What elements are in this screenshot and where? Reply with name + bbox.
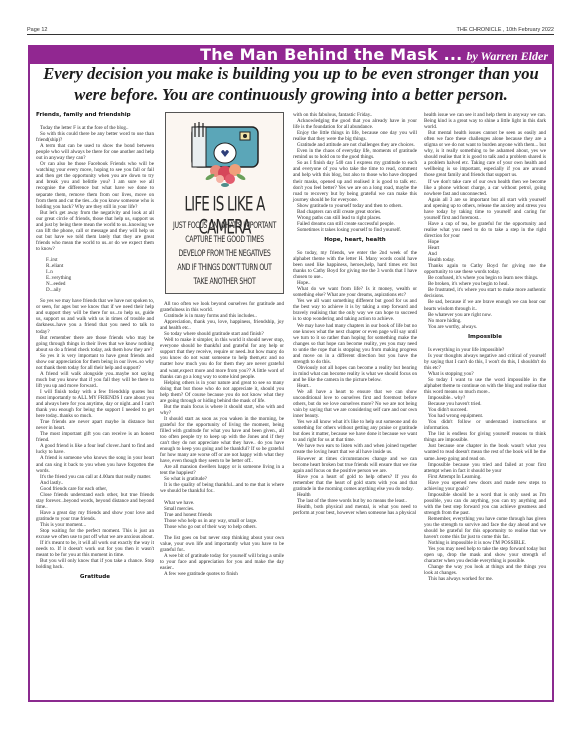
paragraph: Even in the chaos of everyday life, mome…: [293, 148, 417, 160]
paragraph: So today I want to use the word impossib…: [424, 377, 546, 395]
article-headline: Every decision you make is building you …: [34, 64, 548, 105]
paragraph: But the main focus is where it should st…: [160, 404, 284, 416]
paragraph: Helping others is in your nature and gre…: [160, 380, 284, 404]
paragraph: Are all mansion dwellers happy or is som…: [160, 464, 284, 476]
paragraph: Just because one chapter in the book was…: [424, 443, 546, 461]
paragraph: You didn't follow or understand instruct…: [424, 419, 546, 431]
section-heading-friends: Friends, family and friendship: [36, 112, 154, 119]
paragraph: But remember there are those friends who…: [36, 335, 154, 353]
paragraph: Thanks again to Cathy Boyd for giving me…: [424, 263, 546, 275]
paragraph: Impossible because you tried and failed …: [424, 462, 546, 474]
life-is-like-a-camera-image: LIFE IS LIKE A CAMERA JUST FOCUS ON WHAT…: [165, 112, 284, 294]
paragraph: So today, my friends, we enter the 2nd w…: [293, 250, 417, 280]
paragraph: Is your thoughts always negative and cri…: [424, 353, 546, 371]
paragraph: A friend will walk alongside you..maybe …: [36, 371, 154, 389]
paragraph: Well to make it simpler, in this world i…: [160, 337, 284, 379]
poster-line: AND IF THINGS DON'T TURN OUT: [166, 263, 283, 272]
paragraph: The last of the three words but by no me…: [293, 498, 417, 504]
paragraph: So yes it is very important to have grea…: [36, 353, 154, 371]
paragraph: Be sad, because if we are brave enough w…: [424, 299, 546, 311]
paragraph: It should start as soon as you waken in …: [160, 416, 284, 464]
paragraph: Health, both physical and mental, is wha…: [293, 504, 417, 516]
paragraph: Have a great day my friends and show you…: [36, 510, 154, 522]
paragraph: A wee bit of gratitude today for yoursel…: [160, 553, 284, 571]
paragraph: However at times circumstances change an…: [293, 456, 417, 474]
section-heading-impossible: Impossible: [424, 334, 546, 341]
quote: It's the friend you can call at 4.00am t…: [36, 474, 154, 480]
poster-title: LIFE IS LIKE A CAMERA: [166, 193, 283, 239]
paragraph: What do we want from life? Is it money, …: [293, 286, 417, 298]
section-heading-gratitude: Gratitude: [36, 574, 154, 581]
paragraph: But you will only know that if you take …: [36, 558, 154, 570]
publication-date: THE CHRONICLE , 10th February 2022: [456, 27, 554, 33]
paragraph: The list is endless for giving yourself …: [424, 431, 546, 443]
paragraph: Yes we all want something different but …: [293, 298, 417, 322]
page-header: Page 12 THE CHRONICLE , 10th February 20…: [27, 26, 554, 35]
poster-line: DEVELOP FROM THE NEGATIVES: [166, 249, 283, 258]
quote: The most important gift you can receive …: [36, 431, 154, 443]
paragraph: Or can also be those Facebook Friends wh…: [36, 161, 154, 209]
paragraph: If we don't take care of our own health …: [424, 179, 546, 197]
paragraph: Be frustrated, it's where you start to m…: [424, 287, 546, 299]
column-4: health issue we can see it and help them…: [424, 112, 546, 583]
paragraph: We have two ears to listen with and when…: [293, 443, 417, 455]
column-1: Friends, family and friendship Today the…: [36, 112, 154, 587]
quote: True friends are never apart maybe in di…: [36, 419, 154, 431]
paragraph: The list goes on but never stop thinking…: [160, 535, 284, 553]
paragraph: Have you opened new doors and made new s…: [424, 480, 546, 492]
paragraph: Appreciation, thank you, love, happiness…: [160, 319, 284, 331]
column-3: with on this fabulous, fantastic Friday.…: [293, 112, 417, 516]
article-title-bar: The Man Behind the Mask ... by Warren El…: [28, 45, 554, 64]
page-number: Page 12: [27, 27, 48, 33]
paragraph: We may have had many chapters in our boo…: [293, 323, 417, 365]
paragraph: But mental health issues cannot be seen …: [424, 130, 546, 178]
paragraph: Have a cup of tea, be grateful for the o…: [424, 221, 546, 239]
paragraph: If it's meant to be, it will all work ou…: [36, 540, 154, 558]
paragraph: Sometimes it takes losing yourself to fi…: [293, 227, 417, 233]
quote: Close friends understand each other, but…: [36, 492, 154, 510]
acrostic-list: F..irst R..eliant I..n E..verything N...…: [36, 257, 154, 293]
paragraph: This has always worked for me.: [424, 576, 546, 582]
poster-line: JUST FOCUS ON WHAT'S IMPORTANT: [166, 221, 283, 230]
paragraph: Yes you may need help to take the step f…: [424, 546, 546, 564]
paragraph: Yes we all know what it's like to help o…: [293, 419, 417, 443]
column-2: All too often we look beyond ourselves f…: [160, 301, 284, 577]
paragraph: Have you a heart of gold to help others?…: [293, 474, 417, 492]
paragraph: Enjoy the little things in life, because…: [293, 130, 417, 142]
poster-line: CAPTURE THE GOOD TIMES: [166, 235, 283, 244]
paragraph: Again all 3 are so important but all sta…: [424, 197, 546, 221]
paragraph: We all have a heart to ensure that we ca…: [293, 389, 417, 419]
paragraph: Change the way you look at things and th…: [424, 564, 546, 576]
paragraph: All too often we look beyond ourselves f…: [160, 301, 284, 313]
paragraph: But let's get away from the negativity a…: [36, 210, 154, 252]
paragraph: A term that can be used to show the bond…: [36, 143, 154, 161]
paragraph: Show gratitude to yourself today and the…: [293, 203, 417, 209]
paragraph: You are worthy, always.: [424, 324, 546, 330]
paragraph: So yes we may have friends that we have …: [36, 298, 154, 334]
quote: A good friend is like a four leaf clover…: [36, 443, 154, 455]
camera-illustration-icon: [188, 119, 264, 191]
paragraph: Stop waiting for the perfect moment. Thi…: [36, 528, 154, 540]
paragraph: Acknowledging the good that you already …: [293, 118, 417, 130]
poster-line: TAKE ANOTHER SHOT: [166, 277, 283, 286]
paragraph: So with this could there be any better w…: [36, 131, 154, 143]
paragraph: Obviously not all hopes can become a rea…: [293, 365, 417, 383]
section-heading-hope: Hope, heart, health: [293, 237, 417, 244]
paragraph: health issue we can see it and help them…: [424, 112, 546, 130]
article-title: The Man Behind the Mask ...: [200, 45, 462, 64]
quote: A friend is someone who knows the song i…: [36, 455, 154, 473]
paragraph: It is the quality of being thankful...an…: [160, 482, 284, 494]
article-byline: by Warren Elder: [466, 49, 548, 63]
paragraph: A few wee gratitude quotes to finish: [160, 571, 284, 577]
paragraph: Remember, everything you have come throu…: [424, 516, 546, 540]
paragraph: Impossible should be a word that is only…: [424, 492, 546, 516]
paragraph: I will finish today with a few friendshi…: [36, 389, 154, 419]
paragraph: So as I finish day 540 can I express my …: [293, 160, 417, 202]
